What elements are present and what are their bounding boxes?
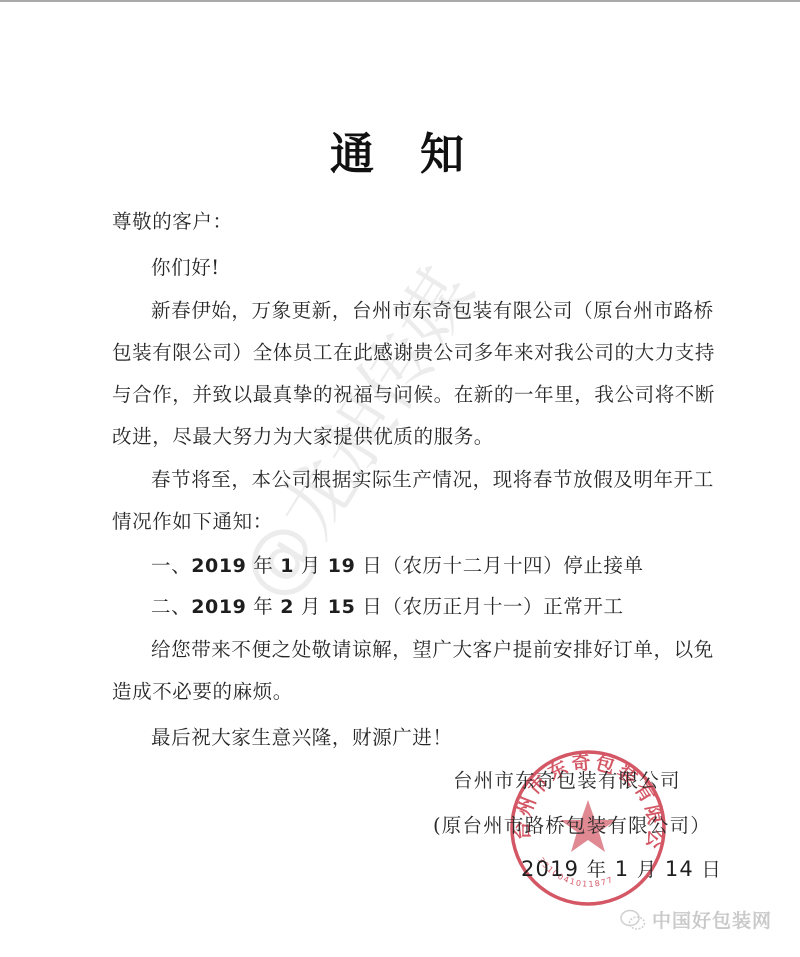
brand-name: 中国好包装网 bbox=[652, 906, 772, 933]
salutation: 尊敬的客户： bbox=[112, 209, 233, 235]
closing-wish: 最后祝大家生意兴隆，财源广进！ bbox=[151, 725, 453, 751]
paragraph2-line1: 春节将至，本公司根据实际生产情况，现将春节放假及明年开工 bbox=[151, 467, 714, 493]
signature-date: 2019 年 1 月 14 日 bbox=[521, 856, 722, 883]
signature-former-name: (原台州市路桥包装有限公司） bbox=[433, 813, 711, 839]
paragraph1-line4: 改进，尽最大努力为大家提供优质的服务。 bbox=[112, 424, 494, 450]
top-border bbox=[0, 0, 800, 2]
wechat-icon bbox=[620, 909, 646, 931]
paragraph1-line3: 与合作，并致以最真挚的祝福与问候。在新的一年里，我公司将不断 bbox=[112, 382, 715, 408]
signature-company: 台州市东奇包装有限公司 bbox=[453, 768, 681, 794]
document-title: 通知 bbox=[0, 118, 800, 182]
greeting: 你们好! bbox=[151, 255, 220, 281]
item-prefix: 二、 bbox=[151, 595, 191, 618]
notice-item-1: 一、2019 年 1 月 19 日（农历十二月十四）停止接单 bbox=[151, 553, 644, 579]
notice-item-2: 二、2019 年 2 月 15 日（农历正月十一）正常开工 bbox=[151, 594, 624, 620]
paragraph3-line1: 给您带来不便之处敬请谅解，望广大客户提前安排好订单，以免 bbox=[151, 637, 714, 663]
paragraph2-line2: 情况作如下通知： bbox=[112, 509, 273, 535]
paragraph1-line2: 包装有限公司）全体员工在此感谢贵公司多年来对我公司的大力支持 bbox=[112, 340, 715, 366]
brand-watermark: 中国好包装网 bbox=[620, 906, 772, 933]
paragraph3-line2: 造成不必要的麻烦。 bbox=[112, 679, 293, 705]
paragraph1-line1: 新春伊始，万象更新，台州市东奇包装有限公司（原台州市路桥 bbox=[151, 298, 714, 324]
item-prefix: 一、 bbox=[151, 554, 191, 577]
